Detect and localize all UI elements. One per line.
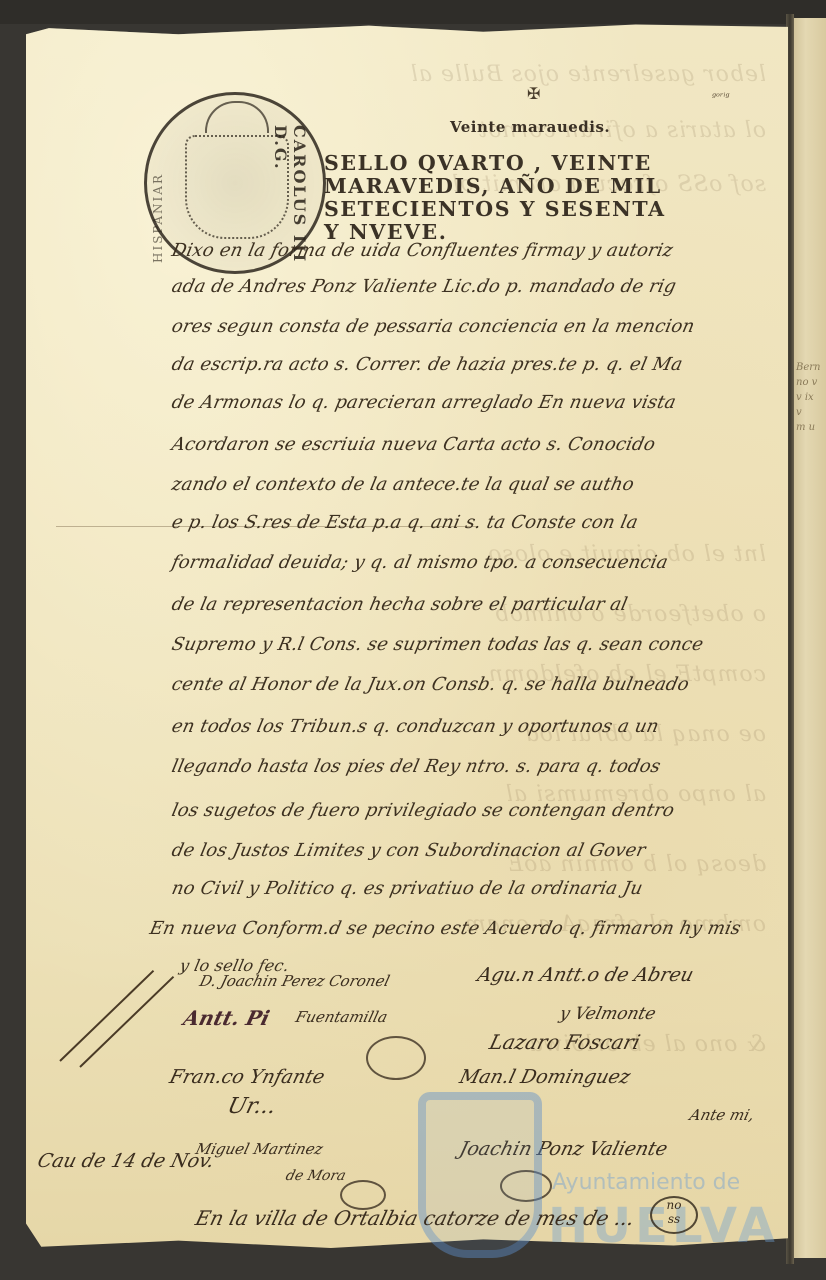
watermark-line-1: Ayuntamiento de bbox=[552, 1170, 740, 1195]
bleed-through-text: lebor gaselrente ojos Bulle al bbox=[66, 62, 766, 87]
signature: Agu.n Antt.o de Abreu bbox=[475, 964, 696, 986]
stamp-title: Sello Qvarto , Veinte Maravedis, Año de … bbox=[324, 152, 760, 244]
body-line: En nueva Conform.d se pecino este Acuerd… bbox=[148, 918, 752, 939]
circled-annotation: no ss bbox=[650, 1196, 698, 1234]
margin-note: v bbox=[796, 405, 826, 420]
body-line: de la representacion hecha sobre el part… bbox=[170, 594, 774, 615]
body-line: Acordaron se escriuia nueva Carta acto s… bbox=[170, 434, 774, 455]
body-line: formalidad deuida; y q. al mismo tpo. a … bbox=[170, 552, 774, 573]
signature: Cau de 14 de Nov. bbox=[35, 1150, 216, 1172]
rubric-flourish bbox=[366, 1036, 426, 1080]
stamp-value-line: Veinte marauedis. bbox=[450, 118, 610, 136]
body-line: cente al Honor de la Jux.on Consb. q. se… bbox=[170, 674, 774, 695]
body-line: de Armonas lo q. parecieran arreglado En… bbox=[170, 392, 774, 413]
margin-note: m u bbox=[796, 420, 826, 435]
margin-note: v ix bbox=[796, 390, 826, 405]
body-line: ada de Andres Ponz Valiente Lic.do p. ma… bbox=[170, 276, 774, 297]
seal-legend-left: HISPANIAR bbox=[151, 173, 173, 263]
signature: de Mora bbox=[284, 1168, 347, 1184]
circled-annotation-text: ss bbox=[652, 1212, 696, 1226]
closing-line: En la villa de Ortalbia catorze de mes d… bbox=[193, 1206, 637, 1230]
stamp-title-line: Maravedis, Año de Mil bbox=[324, 175, 760, 198]
body-line: Supremo y R.l Cons. se suprimen todas la… bbox=[170, 634, 774, 655]
signature: Ur... bbox=[225, 1094, 279, 1119]
corner-annotation: ᵍᵒʳⁱᵍ bbox=[712, 92, 729, 103]
signature: D. Joachin Perez Coronel bbox=[198, 972, 392, 990]
signature: Lazaro Foscari bbox=[487, 1030, 643, 1054]
body-line: da escrip.ra acto s. Correr. de hazia pr… bbox=[170, 354, 774, 375]
circled-annotation-text: no bbox=[652, 1198, 696, 1212]
signature: Fuentamilla bbox=[294, 1008, 390, 1026]
body-line: en todos los Tribun.s q. conduzcan y opo… bbox=[170, 716, 774, 737]
scan-top-edge bbox=[0, 0, 826, 24]
municipal-shield-watermark-icon bbox=[418, 1092, 542, 1258]
body-line: ores segun consta de pessaria conciencia… bbox=[170, 316, 774, 337]
signature: Antt. Pi bbox=[181, 1006, 272, 1030]
signature: y Velmonte bbox=[558, 1004, 658, 1024]
signature: Ante mi, bbox=[688, 1106, 756, 1124]
cross-icon: ✠ bbox=[527, 84, 540, 103]
margin-note: Bern bbox=[796, 360, 826, 375]
body-line: los sugetos de fuero privilegiado se con… bbox=[170, 800, 774, 821]
adjacent-page-edge bbox=[792, 18, 826, 1258]
body-line: zando el contexto de la antece.te la qua… bbox=[170, 474, 774, 495]
crown-icon bbox=[205, 101, 269, 133]
margin-note: no v bbox=[796, 375, 826, 390]
body-line: e p. los S.res de Esta p.a q. ani s. ta … bbox=[170, 512, 774, 533]
signature: Man.l Dominguez bbox=[457, 1066, 632, 1088]
body-line: de los Justos Limites y con Subordinacio… bbox=[170, 840, 774, 861]
body-line: no Civil y Politico q. es privatiuo de l… bbox=[170, 878, 774, 899]
signature: Fran.co Ynfante bbox=[167, 1066, 327, 1088]
body-line: llegando hasta los pies del Rey ntro. s.… bbox=[170, 756, 774, 777]
adjacent-page-margin-notes: Bern no v v ix v m u bbox=[796, 360, 826, 435]
body-line: Dixo en la forma de uida Confluentes fir… bbox=[170, 240, 774, 261]
stamp-title-line: Setecientos y Sesenta bbox=[324, 198, 760, 221]
stamp-title-line: Sello Qvarto , Veinte bbox=[324, 152, 760, 175]
